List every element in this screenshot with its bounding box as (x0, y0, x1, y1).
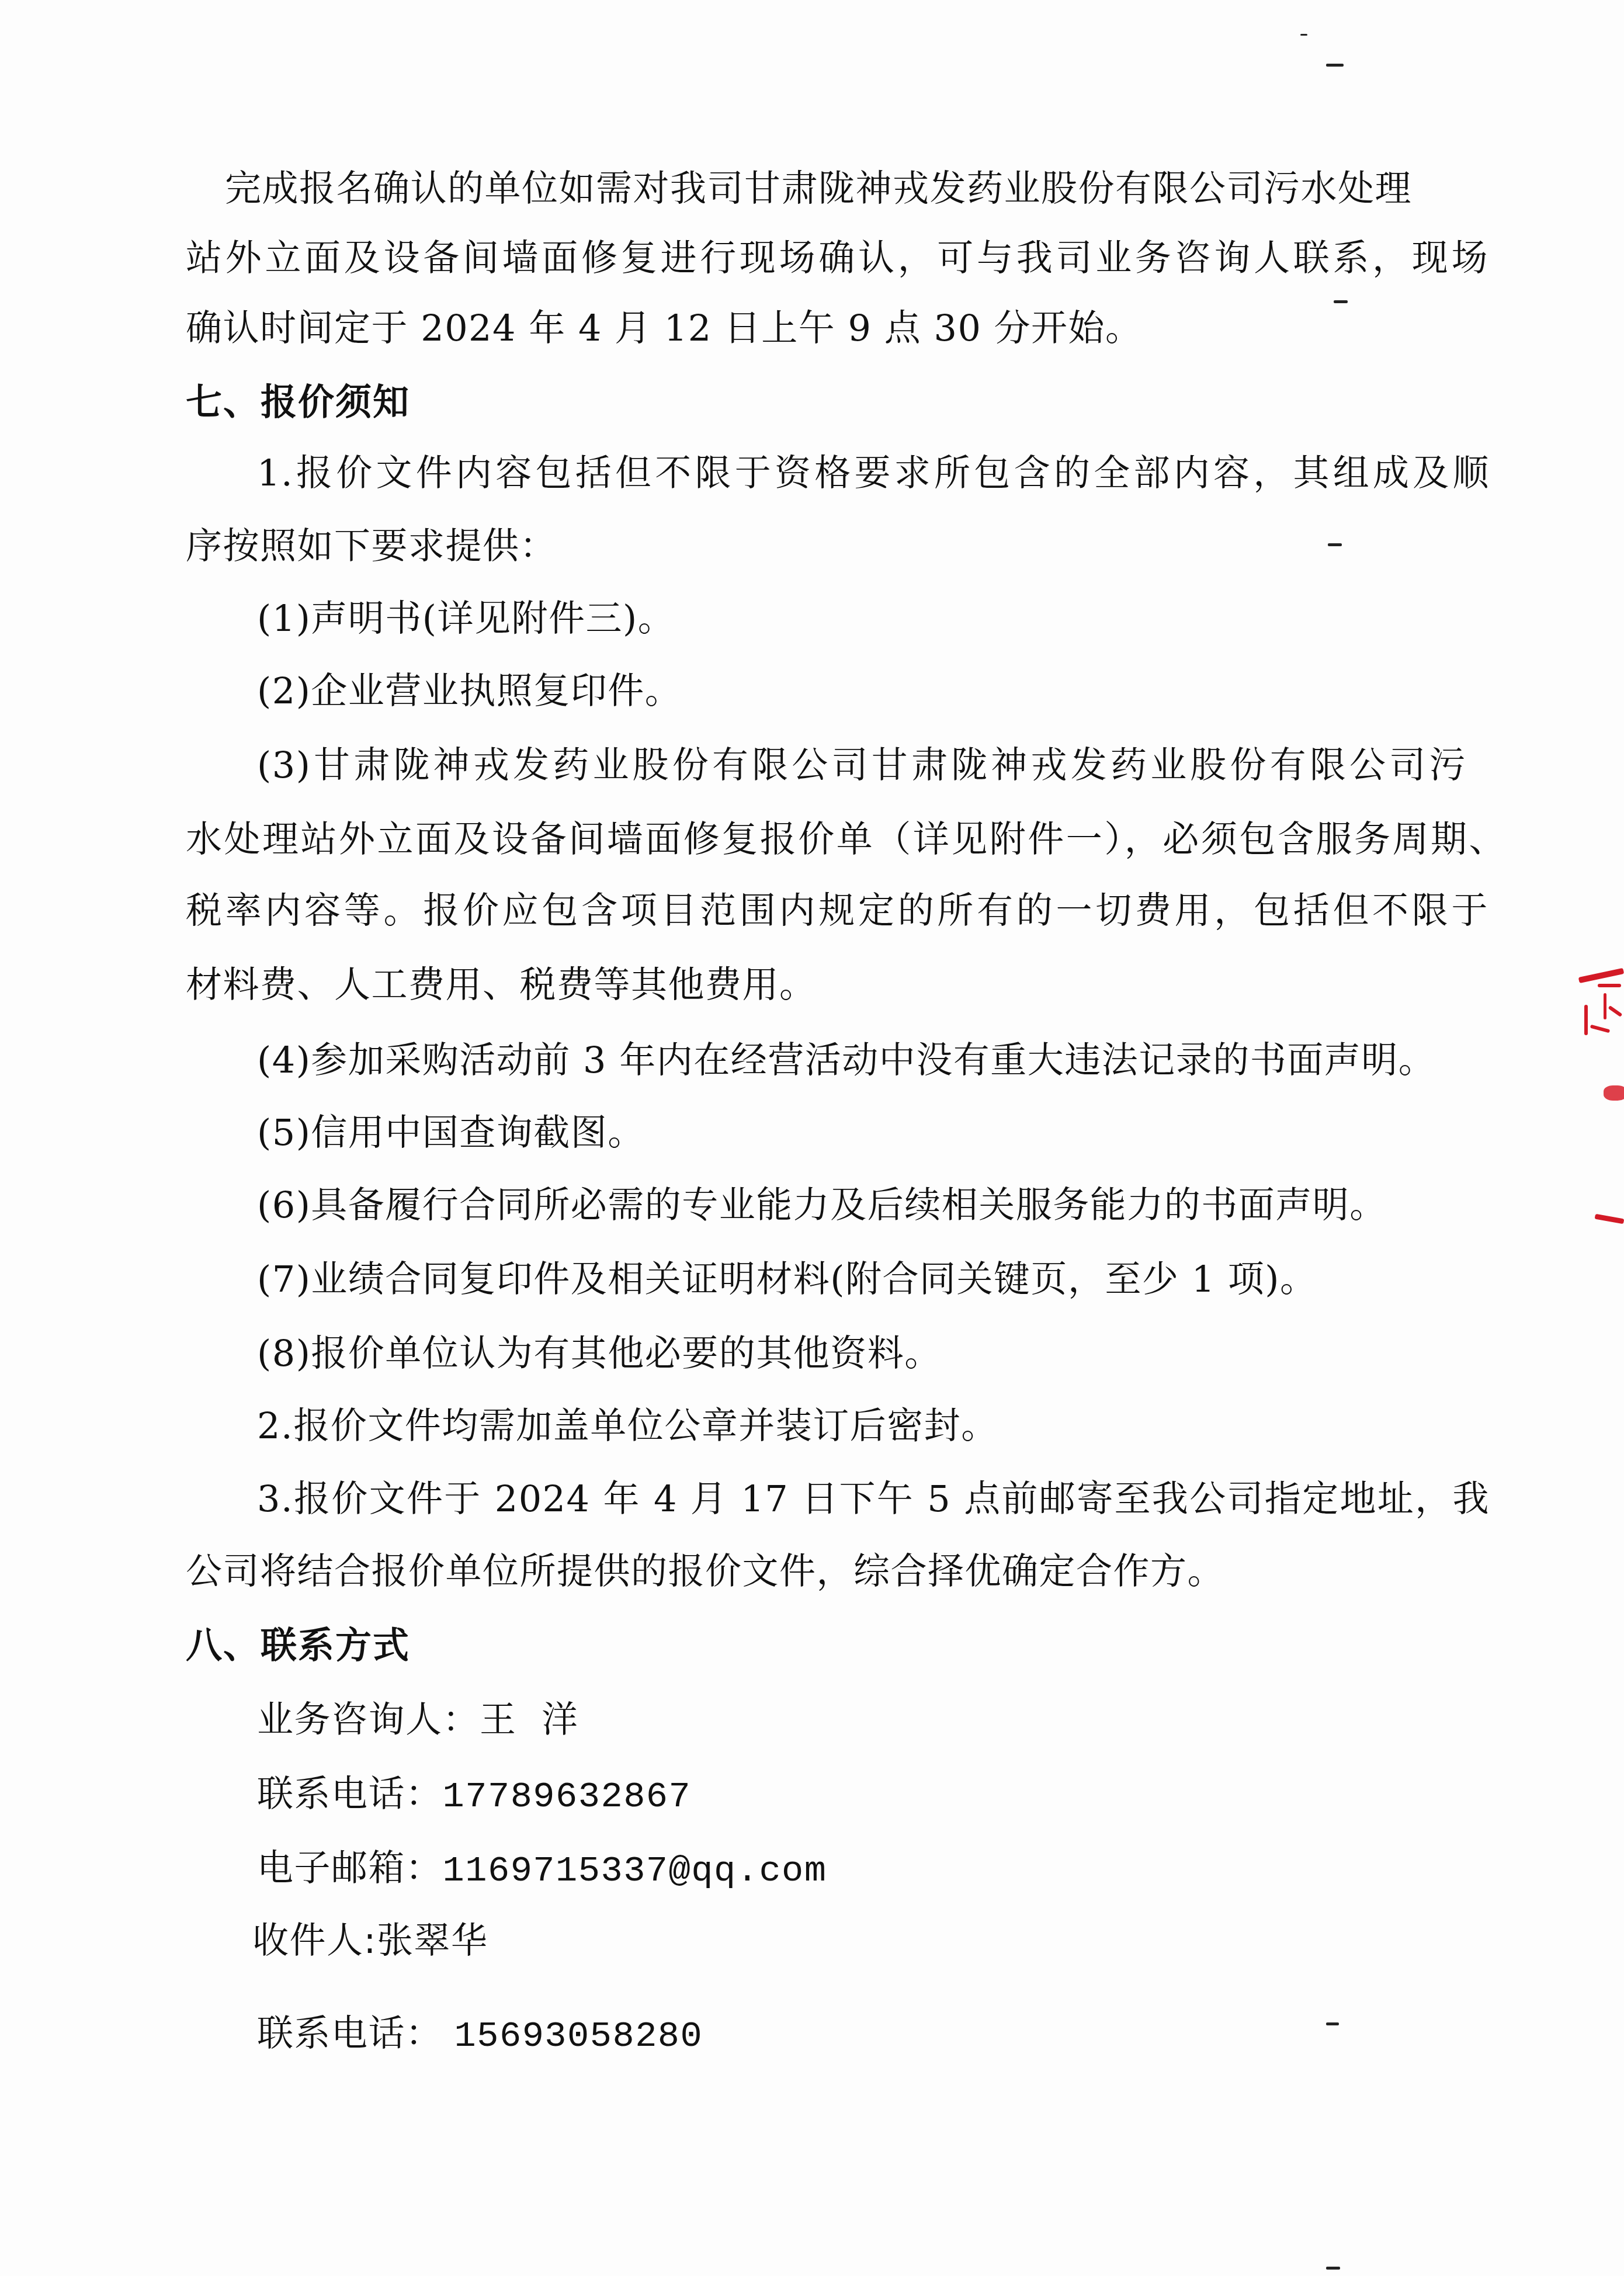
intro-line-1: 完成报名确认的单位如需对我司甘肃陇神戎发药业股份有限公司污水处理 (225, 165, 1528, 212)
subitem-3-line-1: (3)甘肃陇神戎发药业股份有限公司甘肃陇神戎发药业股份有限公司污 (257, 742, 1466, 789)
scan-speck (1326, 2267, 1340, 2270)
subitem-7: (7)业绩合同复印件及相关证明材料(附合同关键页，至少 1 项)。 (257, 1256, 1560, 1303)
subitem-5: (5)信用中国查询截图。 (257, 1109, 1560, 1156)
scan-speck (1328, 543, 1342, 546)
subitem-2: (2)企业营业执照复印件。 (257, 668, 1560, 714)
phone-1-label: 联系电话： (257, 1772, 443, 1815)
phone-1-row: 联系电话：17789632867 (257, 1771, 1560, 1817)
consultant-row: 业务咨询人：王 洋 (257, 1696, 1560, 1743)
subitem-3-line-4: 材料费、人工费用、税费等其他费用。 (186, 962, 1488, 1008)
item-1-line-1: 1.报价文件内容包括但不限于资格要求所包含的全部内容，其组成及顺 (257, 450, 1490, 497)
phone-2-value: 15693058280 (454, 2015, 703, 2057)
scan-speck (1300, 34, 1307, 36)
phone-2-row: 联系电话：15693058280 (257, 2010, 1560, 2057)
consultant-label: 业务咨询人： (257, 1698, 480, 1741)
recipient-row: 收件人:张翠华 (252, 1917, 1555, 1964)
email-value: 1169715337@qq.com (443, 1850, 827, 1892)
section-8-heading: 八、联系方式 (186, 1622, 1488, 1669)
phone-2-label: 联系电话： (257, 2012, 443, 2055)
item-1-line-2: 序按照如下要求提供： (186, 523, 1488, 570)
recipient-label: 收件人: (252, 1919, 377, 1962)
document-page: 完成报名确认的单位如需对我司甘肃陇神戎发药业股份有限公司污水处理 站外立面及设备… (0, 0, 1624, 2276)
subitem-3-line-2: 水处理站外立面及设备间墙面修复报价单（详见附件一），必须包含服务周期、 (186, 816, 1506, 863)
subitem-6: (6)具备履行合同所必需的专业能力及后续相关服务能力的书面声明。 (257, 1182, 1560, 1229)
intro-line-2: 站外立面及设备间墙面修复进行现场确认，可与我司业务咨询人联系，现场 (186, 235, 1488, 282)
subitem-1: (1)声明书(详见附件三)。 (257, 595, 1560, 642)
phone-1-value: 17789632867 (443, 1776, 692, 1817)
email-row: 电子邮箱：1169715337@qq.com (257, 1845, 1560, 1892)
scan-speck (1326, 64, 1344, 67)
email-label: 电子邮箱： (257, 1847, 443, 1889)
scan-speck (1334, 300, 1348, 303)
subitem-8: (8)报价单位认为有其他必要的其他资料。 (257, 1330, 1560, 1377)
item-2: 2.报价文件均需加盖单位公章并装订后密封。 (257, 1403, 1560, 1449)
recipient-name: 张翠华 (377, 1919, 488, 1962)
intro-line-3: 确认时间定于 2024 年 4 月 12 日上午 9 点 30 分开始。 (186, 305, 1488, 352)
consultant-name: 王 洋 (480, 1698, 578, 1741)
item-3-line-1: 3.报价文件于 2024 年 4 月 17 日下午 5 点前邮寄至我公司指定地址… (257, 1476, 1490, 1522)
subitem-4: (4)参加采购活动前 3 年内在经营活动中没有重大违法记录的书面声明。 (257, 1037, 1560, 1084)
section-7-heading: 七、报价须知 (186, 379, 1488, 426)
item-3-line-2: 公司将结合报价单位所提供的报价文件，综合择优确定合作方。 (186, 1548, 1488, 1595)
scan-speck (1326, 2022, 1339, 2025)
subitem-3-line-3: 税率内容等。报价应包含项目范围内规定的所有的一切费用，包括但不限于 (186, 887, 1488, 934)
